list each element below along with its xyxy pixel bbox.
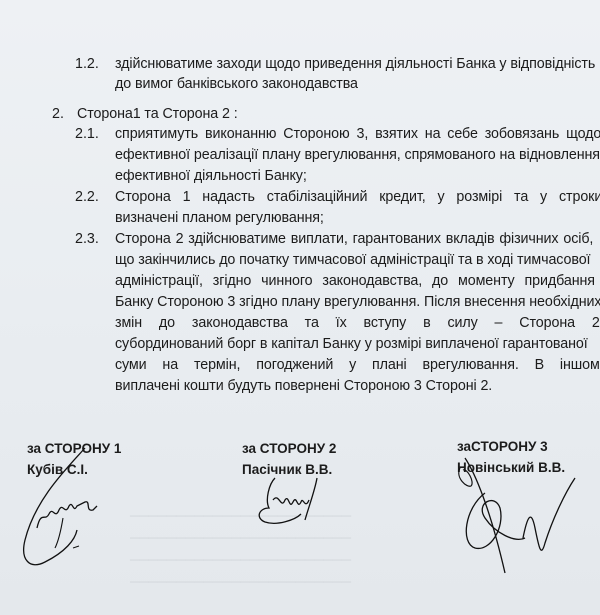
item-number: 2.3. <box>75 231 99 247</box>
item-text-line: адміністрації, згідно чинного законодавс… <box>115 273 595 289</box>
item-text-line: суми на термін, погоджений у плані врегу… <box>115 357 600 373</box>
item-text-line: ефективної реалізації плану врегулювання… <box>115 147 600 163</box>
handwritten-signature-3 <box>445 448 585 583</box>
item-text-line: сприятимуть виконанню Стороною 3, взятих… <box>115 126 600 142</box>
item-number: 2.2. <box>75 189 99 205</box>
item-text-line: визначені планом регулювання; <box>115 210 324 226</box>
item-text-line: ефективної діяльності Банку; <box>115 168 307 184</box>
section-heading: Сторона1 та Сторона 2 : <box>77 106 238 122</box>
item-number: 1.2. <box>75 56 99 72</box>
party-label: за СТОРОНУ 2 <box>242 438 336 459</box>
handwritten-signature-2 <box>245 470 345 540</box>
item-text-line: Сторона 2 здійснюватиме виплати, гаранто… <box>115 231 593 247</box>
item-text-line: субординований борг в капітал Банку у ро… <box>115 336 588 352</box>
item-text-line: здійснюватиме заходи щодо приведення дія… <box>115 56 595 72</box>
item-text-line: Сторона 1 надасть стабілізаційний кредит… <box>115 189 600 205</box>
item-text-line: виплачені кошти будуть повернені Стороно… <box>115 378 492 394</box>
item-text-line: Банку Стороною 3 згідно плану врегулюван… <box>115 294 600 310</box>
handwritten-signature-1 <box>15 440 125 580</box>
item-number: 2.1. <box>75 126 99 142</box>
section-number: 2. <box>52 106 64 122</box>
document-page: ──────────────────────── ───────────────… <box>0 0 600 615</box>
item-text-line: що закінчились до початку тимчасової адм… <box>115 252 590 268</box>
item-text-line: змін до законодавства та їх вступу в сил… <box>115 315 600 331</box>
item-text-line: до вимог банківського законодавства <box>115 76 358 92</box>
